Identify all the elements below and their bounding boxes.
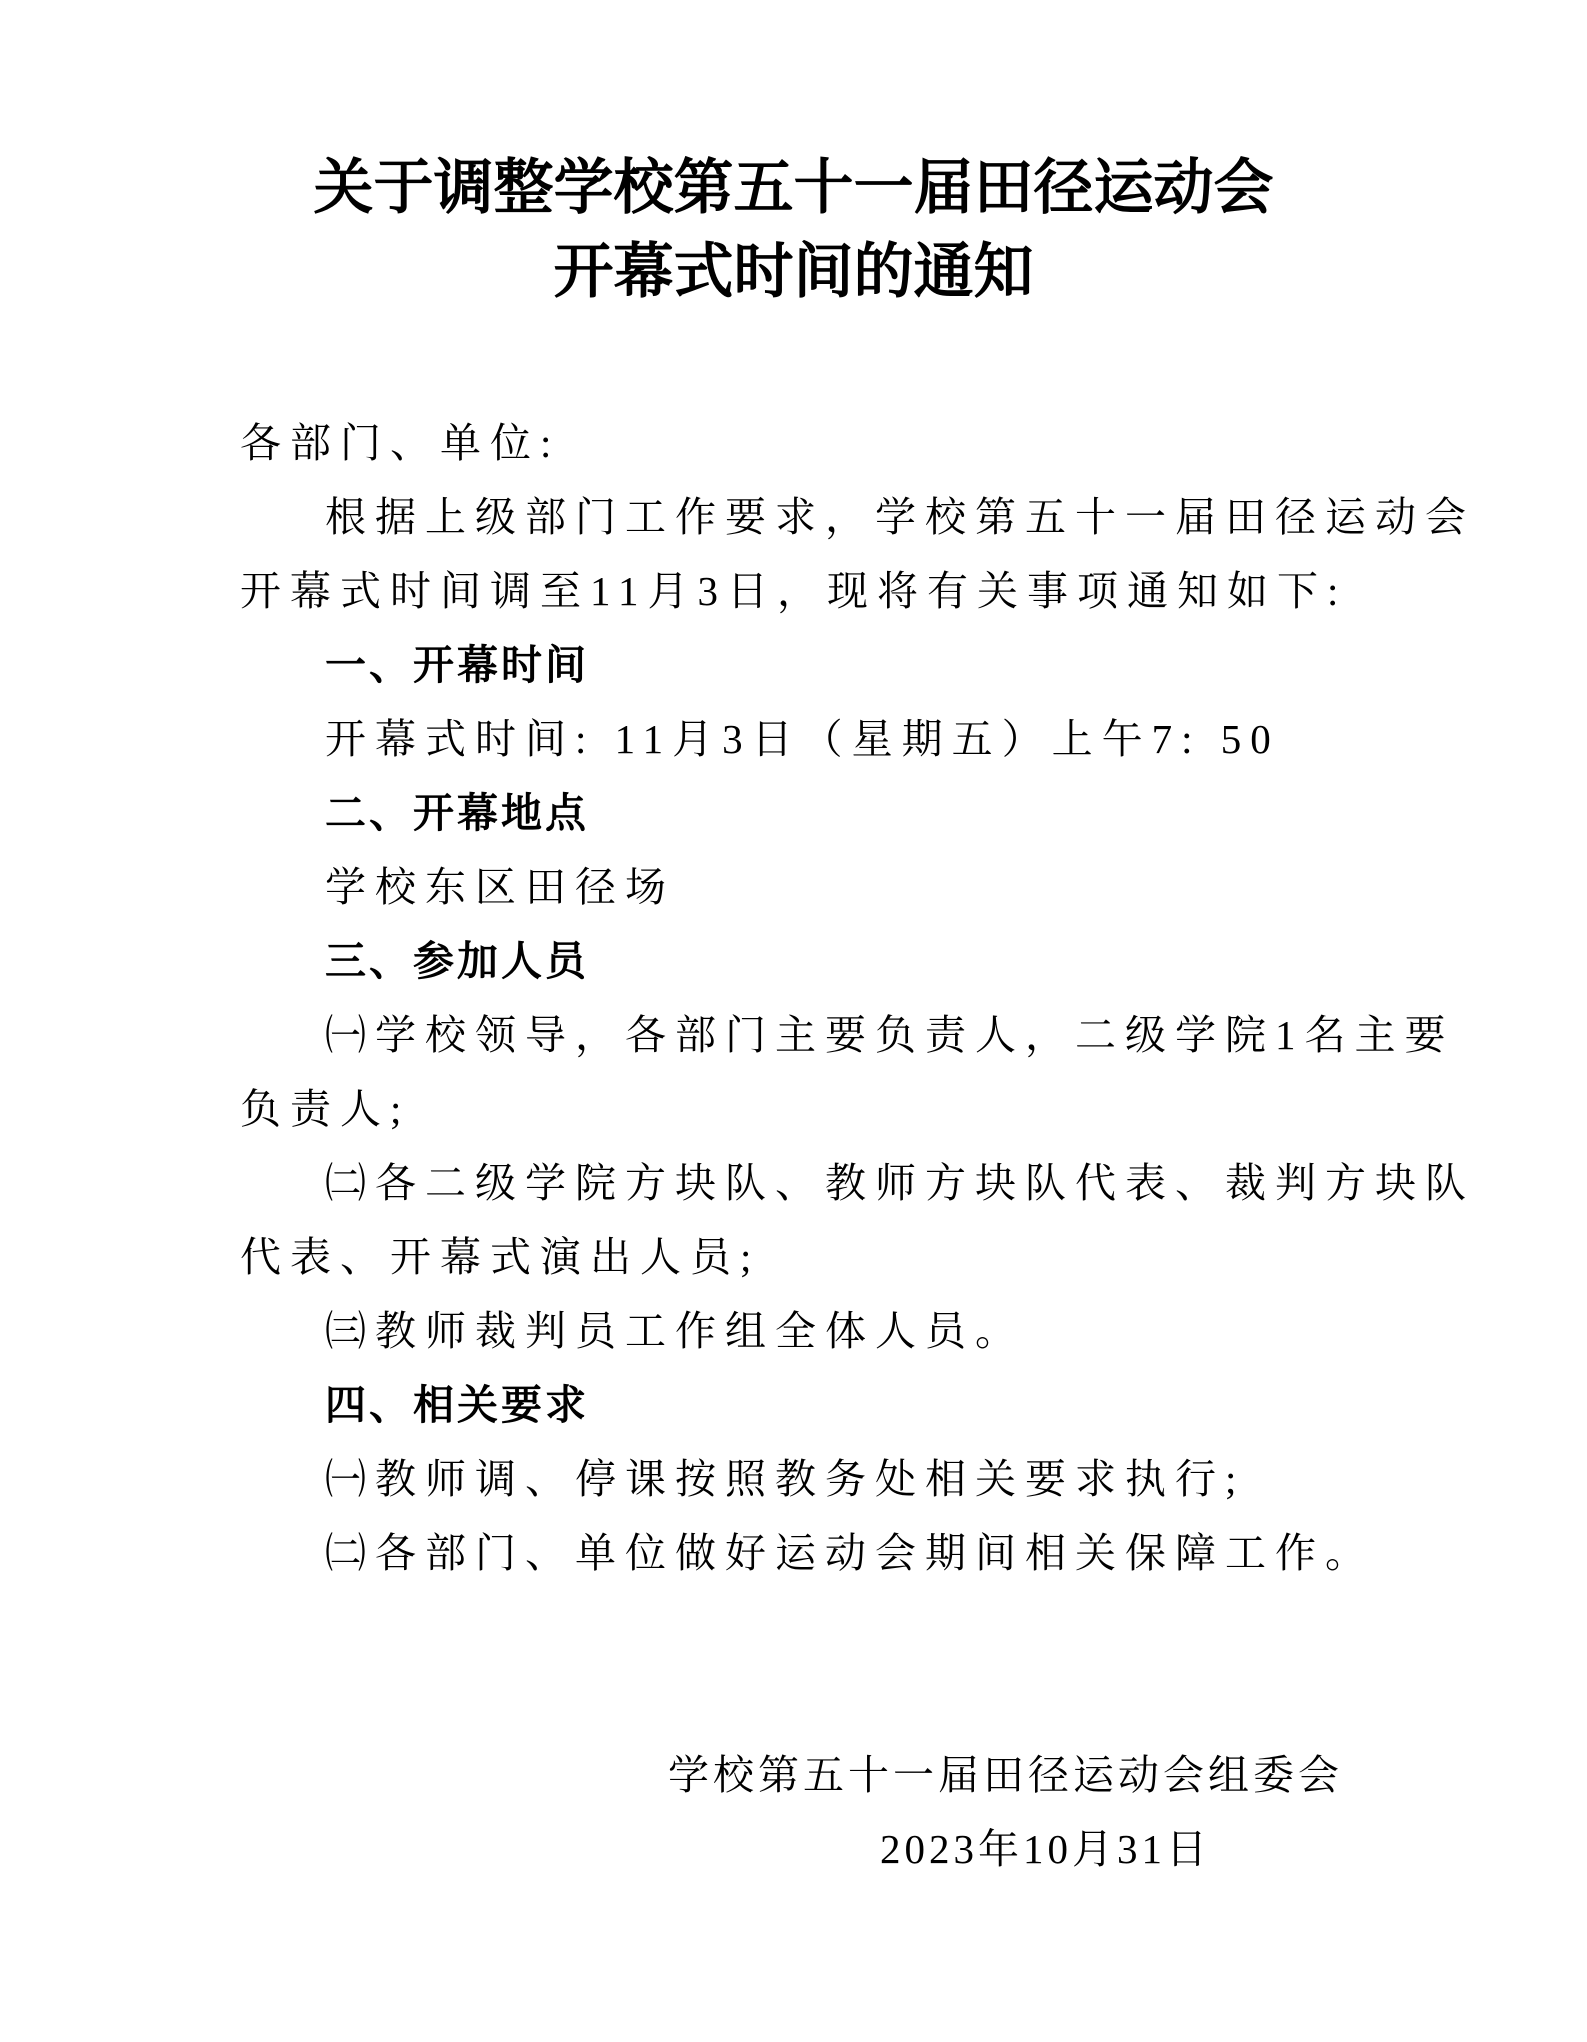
salutation: 各部门、单位: (240, 413, 560, 473)
document-title-line-2: 开幕式时间的通知 (0, 232, 1587, 312)
document-title-line-1: 关于调整学校第五十一届田径运动会 (0, 148, 1587, 228)
participants-item-1-line-1: ㈠学校领导，各部门主要负责人，二级学院1名主要 (325, 1005, 1455, 1065)
opening-time-text: 开幕式时间: 11月3日（星期五）上午7: 50 (325, 709, 1280, 769)
participants-item-1-line-2: 负责人; (240, 1079, 410, 1139)
requirements-item-2: ㈡各部门、单位做好运动会期间相关保障工作。 (325, 1523, 1375, 1583)
section-heading-opening-time: 一、开幕时间 (325, 635, 589, 695)
section-heading-requirements: 四、相关要求 (325, 1375, 589, 1435)
opening-location-text: 学校东区田径场 (325, 857, 675, 917)
participants-item-2-line-1: ㈡各二级学院方块队、教师方块队代表、裁判方块队 (325, 1153, 1475, 1213)
signature-date: 2023年10月31日 (880, 1819, 1211, 1879)
requirements-item-1: ㈠教师调、停课按照教务处相关要求执行; (325, 1449, 1245, 1509)
section-heading-participants: 三、参加人员 (325, 931, 589, 991)
section-heading-opening-location: 二、开幕地点 (325, 783, 589, 843)
participants-item-3: ㈢教师裁判员工作组全体人员。 (325, 1301, 1025, 1361)
participants-item-2-line-2: 代表、开幕式演出人员; (240, 1227, 760, 1287)
intro-paragraph-line-1: 根据上级部门工作要求，学校第五十一届田径运动会 (325, 487, 1475, 547)
signature-organization: 学校第五十一届田径运动会组委会 (668, 1745, 1343, 1805)
intro-paragraph-line-2: 开幕式时间调至11月3日，现将有关事项通知如下: (240, 561, 1347, 621)
document-page: 关于调整学校第五十一届田径运动会 开幕式时间的通知 各部门、单位: 根据上级部门… (0, 0, 1587, 2042)
